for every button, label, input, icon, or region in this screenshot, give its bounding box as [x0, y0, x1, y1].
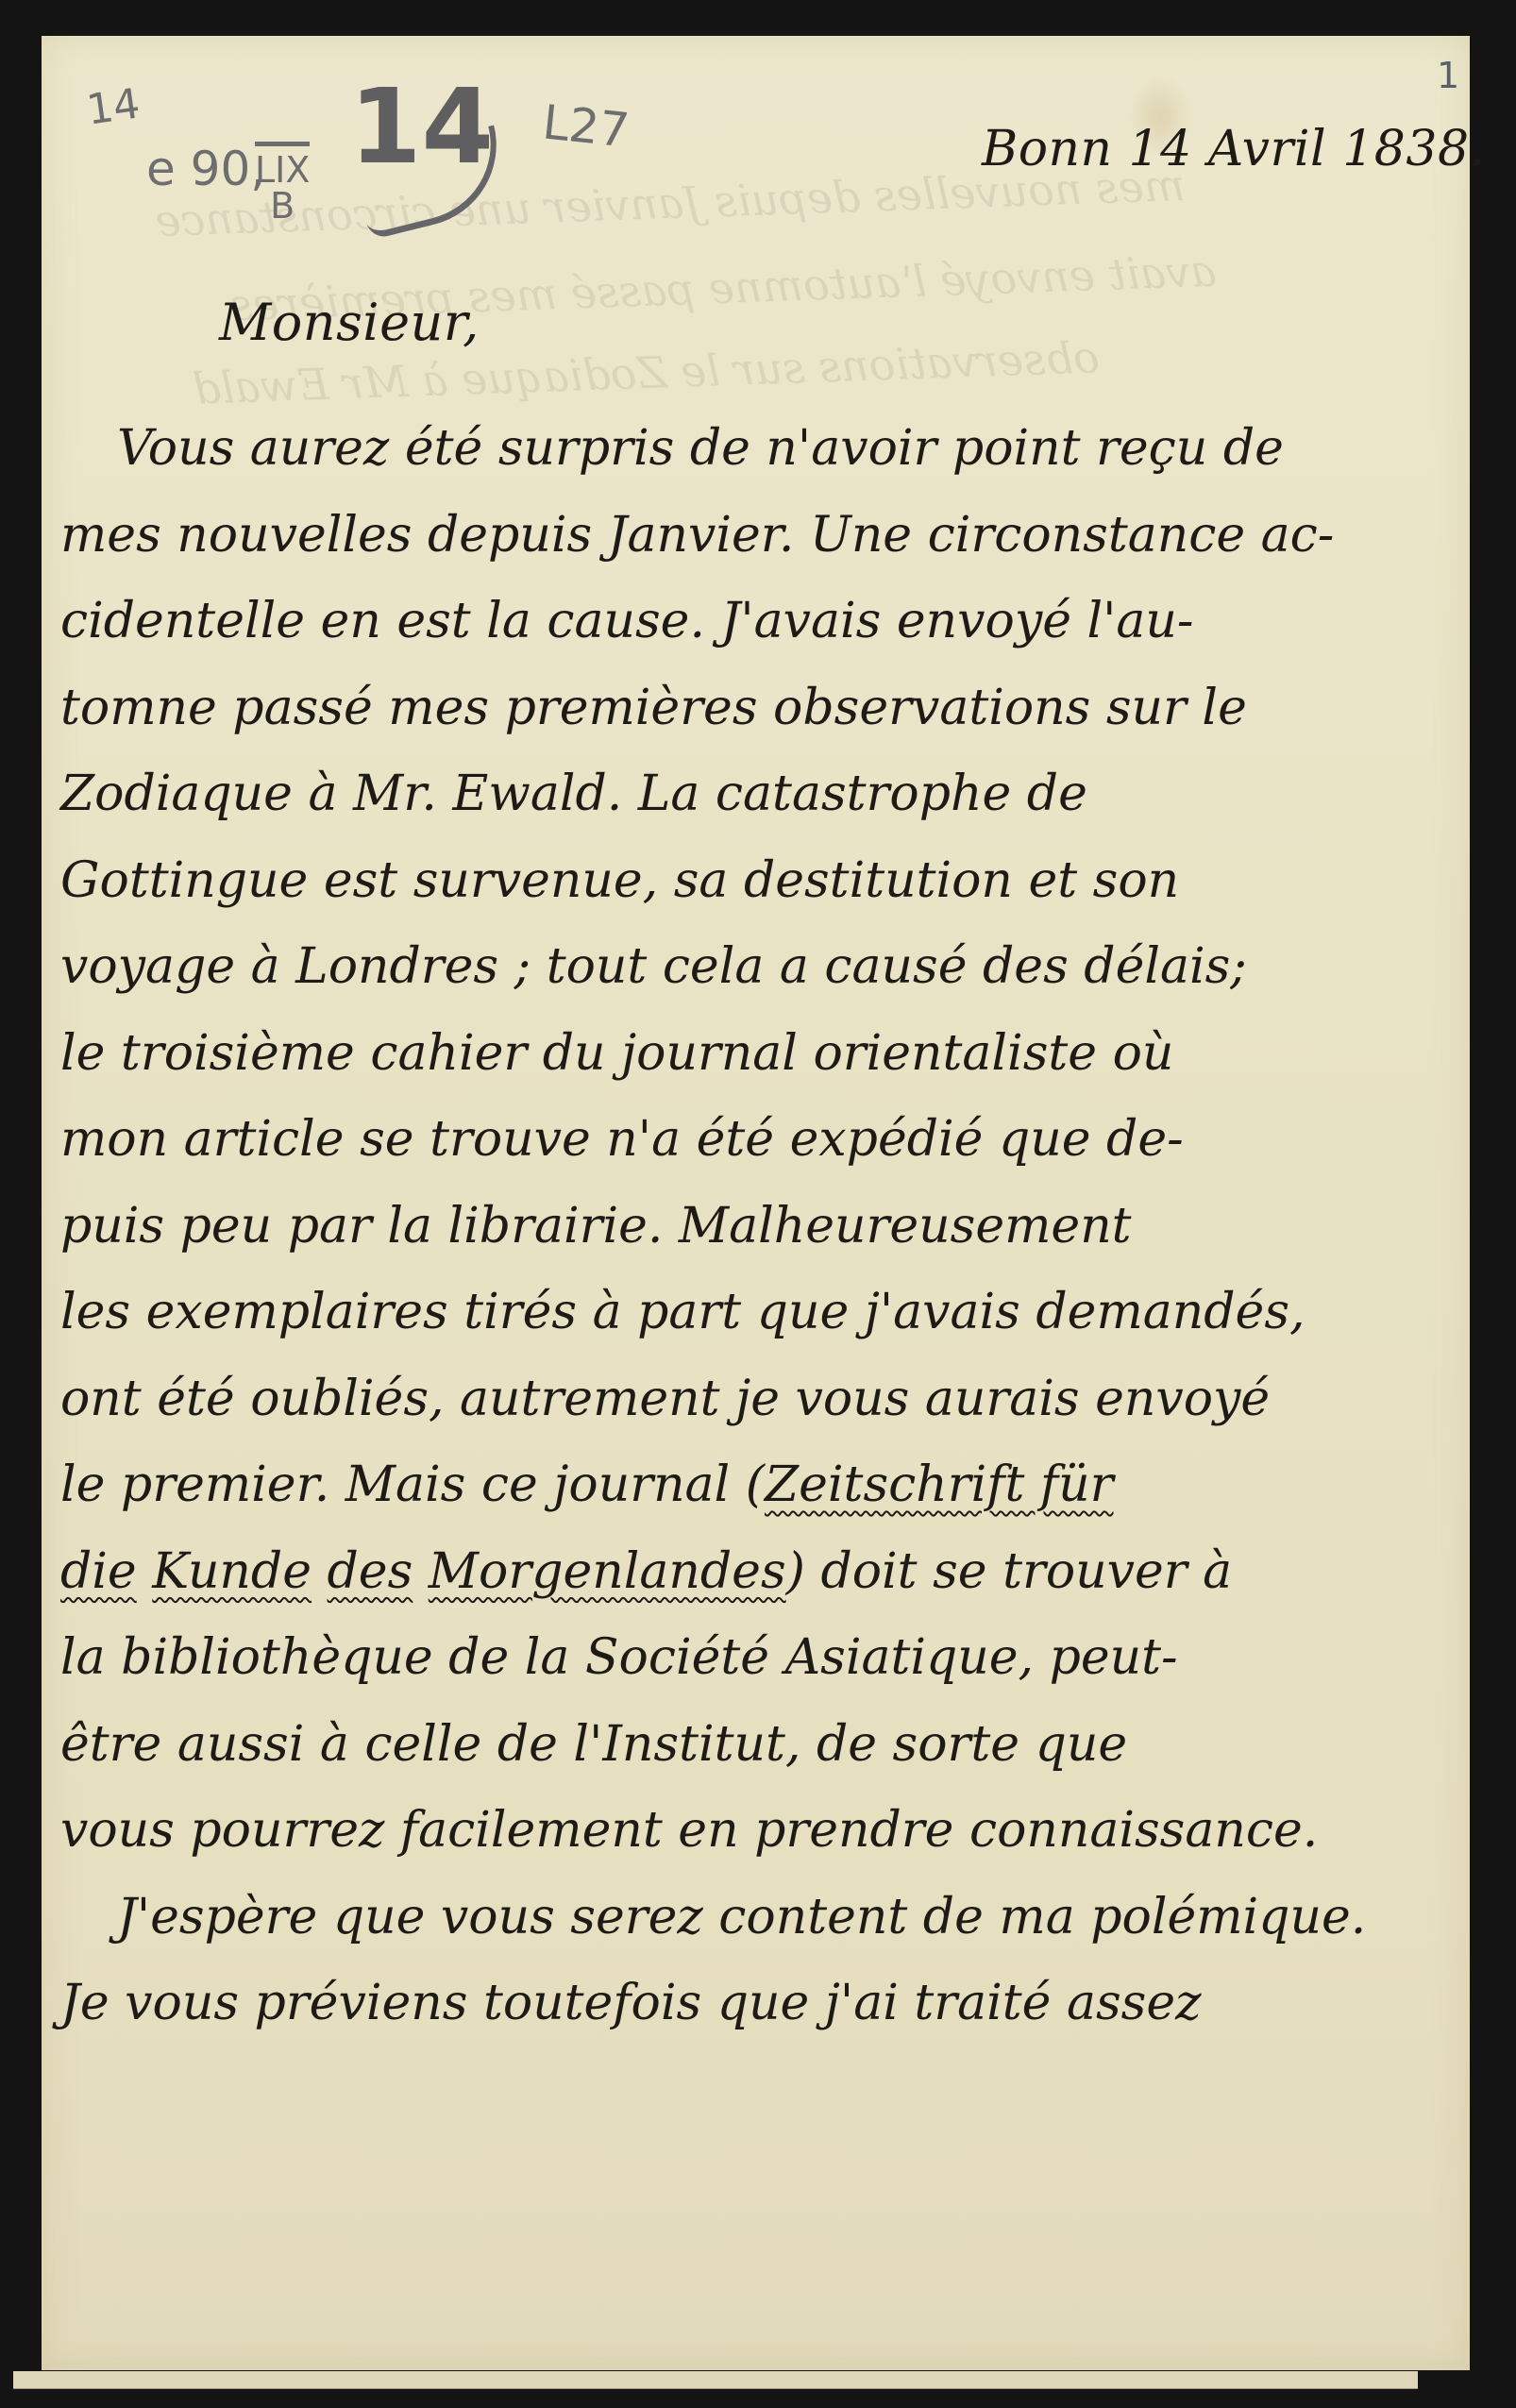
- letter-line: J'espère que vous serez content de ma po…: [60, 1889, 1457, 1976]
- archival-reference: L27: [540, 94, 632, 158]
- letter-line: mes nouvelles depuis Janvier. Une circon…: [60, 507, 1457, 594]
- letter-line: les exemplaires tirés à part que j'avais…: [60, 1284, 1457, 1371]
- letter-line: Je vous préviens toutefois que j'ai trai…: [60, 1975, 1457, 2062]
- letter-line: ont été oubliés, autrement je vous aurai…: [60, 1371, 1457, 1457]
- underlined-word: Kunde: [152, 1543, 312, 1600]
- letter-line: être aussi à celle de l'Institut, de sor…: [60, 1716, 1457, 1803]
- letter-body: Vous aurez été surpris de n'avoir point …: [60, 420, 1457, 2062]
- underlined-word: die: [60, 1543, 137, 1600]
- shelfmark-fraction-top: LIX: [255, 142, 310, 188]
- underlined-word: des: [328, 1543, 413, 1600]
- letter-line-text: le premier. Mais ce journal (: [60, 1457, 765, 1513]
- letter-line: Zodiaque à Mr. Ewald. La catastrophe de: [60, 766, 1457, 852]
- letter-line-with-title: le premier. Mais ce journal (Zeitschrift…: [60, 1457, 1457, 1543]
- letter-line: puis peu par la librairie. Malheureuseme…: [60, 1198, 1457, 1285]
- letter-line: voyage à Londres ; tout cela a causé des…: [60, 938, 1457, 1025]
- page-number: 1: [1437, 55, 1459, 96]
- underlying-sheet-edge: [13, 2371, 1418, 2389]
- underlined-journal-title: Zeitschrift für: [765, 1457, 1113, 1513]
- letter-line: Vous aurez été surpris de n'avoir point …: [60, 420, 1457, 507]
- letter-dateline: Bonn 14 Avril 1838.: [982, 121, 1486, 177]
- letter-line: Gottingue est survenue, sa destitution e…: [60, 852, 1457, 939]
- letter-line: cidentelle en est la cause. J'avais envo…: [60, 593, 1457, 680]
- letter-salutation: Monsieur,: [219, 293, 480, 352]
- letter-line: mon article se trouve n'a été expédié qu…: [60, 1111, 1457, 1198]
- archival-shelfmark-prefix: e 90,: [146, 142, 265, 196]
- underlined-word: Morgenlandes: [429, 1543, 786, 1600]
- letter-line: la bibliothèque de la Société Asiatique,…: [60, 1629, 1457, 1716]
- letter-line-text: ) doit se trouver à: [786, 1543, 1233, 1600]
- letter-line: le troisième cahier du journal orientali…: [60, 1025, 1457, 1112]
- letter-line-with-title: die Kunde des Morgenlandes) doit se trou…: [60, 1543, 1457, 1630]
- archival-small-number: 14: [84, 79, 143, 134]
- shelfmark-fraction-bottom: B: [270, 185, 295, 227]
- archival-shelfmark-fraction: LIX B: [255, 142, 310, 224]
- letter-line: vous pourrez facilement en prendre conna…: [60, 1802, 1457, 1889]
- letter-line: tomne passé mes premières observations s…: [60, 680, 1457, 766]
